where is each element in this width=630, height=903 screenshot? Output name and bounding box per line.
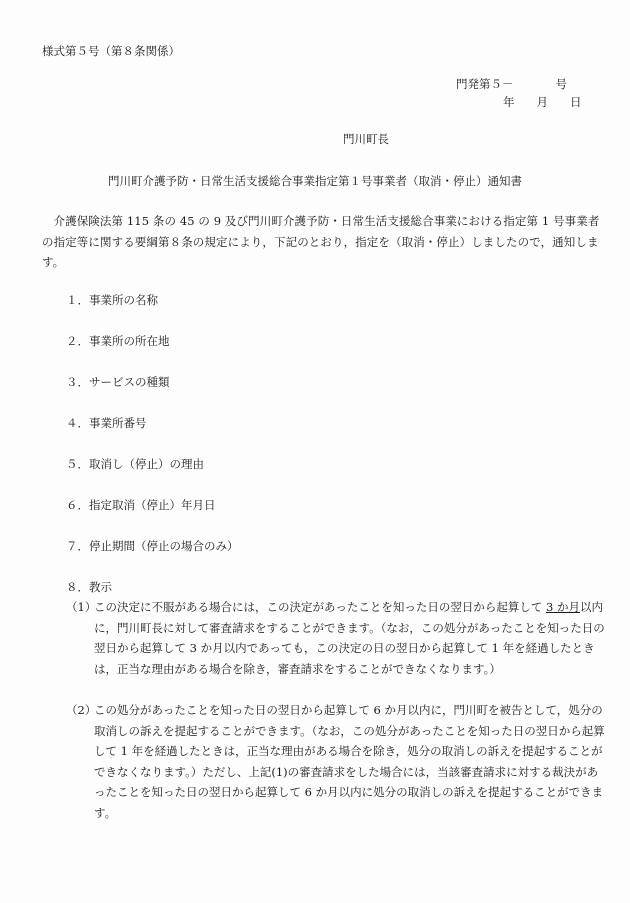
notice-1-number: （1） <box>66 597 96 618</box>
item-facility-number: ４．事業所番号 <box>66 415 147 431</box>
item-cancel-date: ６．指定取消（停止）年月日 <box>66 497 216 513</box>
item-facility-address: ２．事業所の所在地 <box>66 333 170 349</box>
date-day: 日 <box>570 95 582 109</box>
notice-2-text: この処分があったことを知った日の翌日から起算して 6 か月以内に，門川町を被告と… <box>94 700 606 823</box>
notice-2-number: （2） <box>66 700 96 721</box>
notice-1: （1） この決定に不服がある場合には，この決定があったことを知った日の翌日から起… <box>66 597 606 679</box>
reference-number: 門発第５－号 <box>456 76 567 92</box>
date-line: 年月日 <box>503 94 582 110</box>
item-service-type: ３．サービスの種類 <box>66 374 170 390</box>
date-month: 月 <box>537 95 549 109</box>
item-facility-name: １．事業所の名称 <box>66 292 158 308</box>
body-paragraph: 介護保険法第 115 条の 45 の 9 及び門川町介護予防・日常生活支援総合事… <box>42 211 602 273</box>
notice-1-text: この決定に不服がある場合には，この決定があったことを知った日の翌日から起算して … <box>94 597 606 679</box>
reference-suffix: 号 <box>556 77 568 91</box>
item-suspension-period: ７．停止期間（停止の場合のみ） <box>66 538 239 554</box>
item-reason: ５．取消し（停止）の理由 <box>66 456 204 472</box>
item-instruction: ８．教示 <box>66 579 112 595</box>
notice-1-underlined-period: 3 か月 <box>546 600 580 614</box>
reference-prefix: 門発第５－ <box>456 77 514 91</box>
date-year: 年 <box>503 95 515 109</box>
sender: 門川町長 <box>343 131 389 147</box>
form-number: 様式第５号（第８条関係） <box>42 43 180 59</box>
notice-2: （2） この処分があったことを知った日の翌日から起算して 6 か月以内に，門川町… <box>66 700 606 823</box>
document-title: 門川町介護予防・日常生活支援総合事業指定第１号事業者（取消・停止）通知書 <box>0 173 630 189</box>
notice-1-text-a: この決定に不服がある場合には，この決定があったことを知った日の翌日から起算して <box>94 600 546 614</box>
